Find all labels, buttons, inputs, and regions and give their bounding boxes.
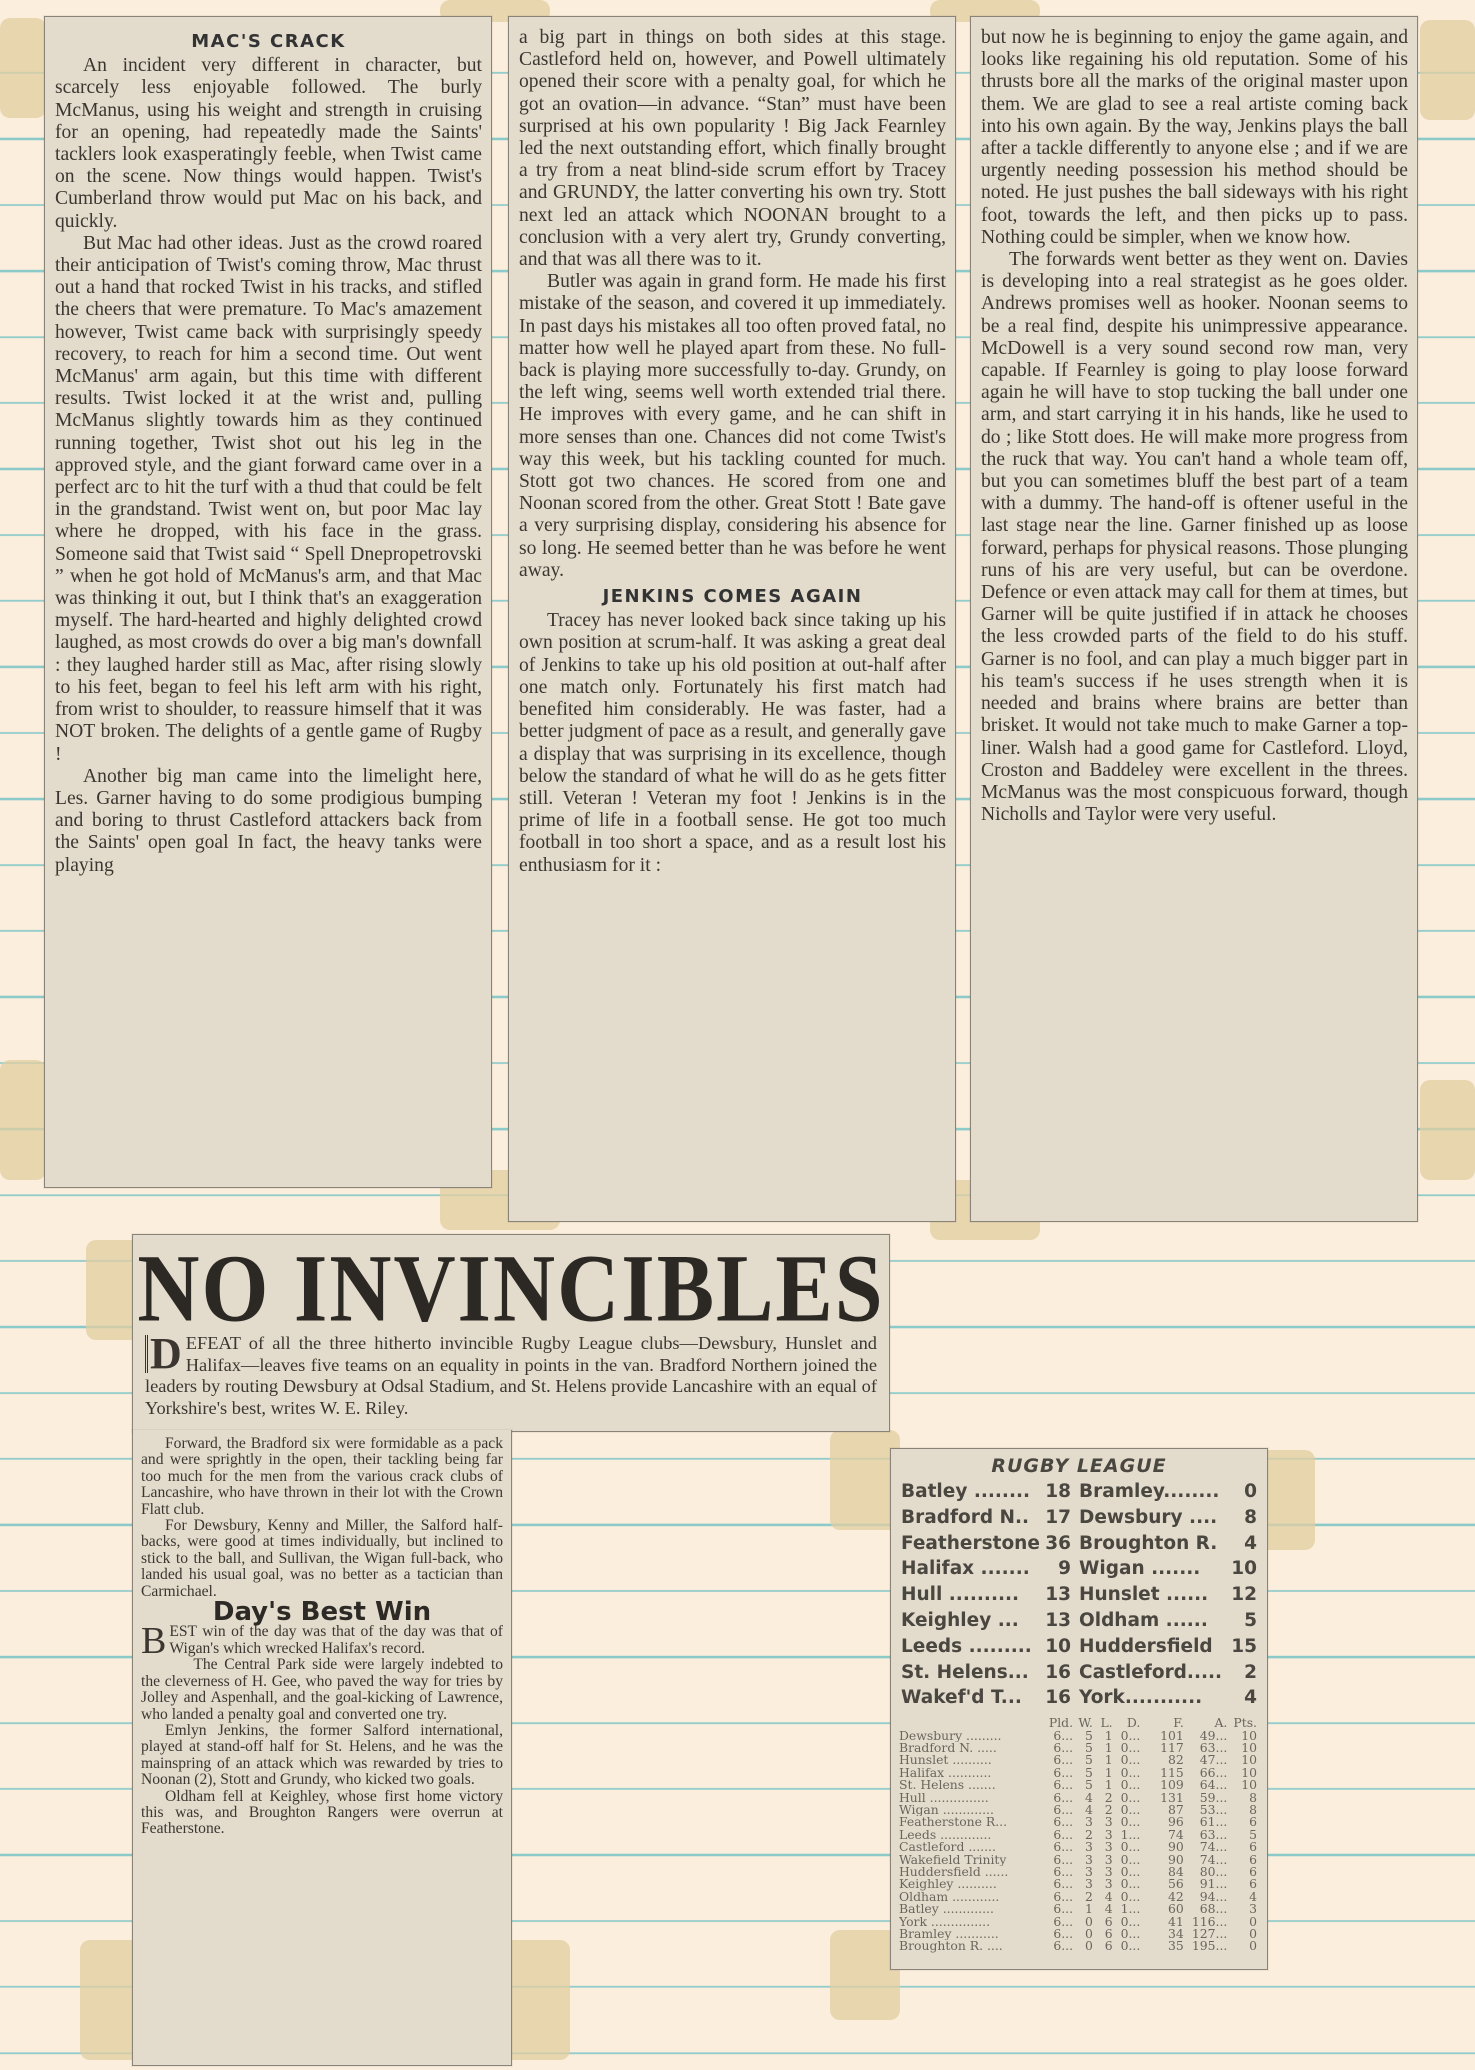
table-row: Broughton R. ....6...060...35195...0 xyxy=(899,1940,1257,1952)
away-side: Bramley........0 xyxy=(1079,1479,1257,1505)
table-cell: 0 xyxy=(1073,1940,1093,1952)
away-score: 10 xyxy=(1231,1556,1257,1582)
paragraph: The Central Park side were largely indeb… xyxy=(141,1657,503,1723)
away-team: Hunslet ...... xyxy=(1079,1582,1208,1608)
team-name: Castleford ....... xyxy=(899,1841,1045,1853)
home-team: St. Helens... xyxy=(901,1660,1029,1686)
column-heading: MAC'S CRACK xyxy=(55,31,482,53)
away-side: Oldham ......5 xyxy=(1079,1608,1257,1634)
intro-text: EFEAT of all the three hitherto invincib… xyxy=(145,1333,877,1418)
home-score: 9 xyxy=(1058,1556,1071,1582)
results-title: RUGBY LEAGUE xyxy=(901,1455,1257,1477)
team-name: Broughton R. .... xyxy=(899,1940,1045,1952)
away-team: Huddersfield xyxy=(1079,1634,1213,1660)
home-side: Halifax .......9 xyxy=(901,1556,1079,1582)
headline: NO INVINCIBLES xyxy=(133,1238,889,1339)
away-side: Wigan .......10 xyxy=(1079,1556,1257,1582)
team-name: York ............... xyxy=(899,1916,1045,1928)
article-column-3: but now he is beginning to enjoy the gam… xyxy=(970,16,1418,1222)
team-name: Hull ............... xyxy=(899,1792,1045,1804)
home-side: Leeds .........10 xyxy=(901,1634,1079,1660)
home-score: 17 xyxy=(1045,1505,1071,1531)
team-name: Featherstone R... xyxy=(899,1816,1045,1828)
away-team: Bramley........ xyxy=(1079,1479,1219,1505)
away-team: Broughton R. xyxy=(1079,1531,1217,1557)
team-name: St. Helens ....... xyxy=(899,1779,1045,1791)
paragraph: BEST win of the day was that of the day … xyxy=(141,1624,503,1657)
tape-strip xyxy=(0,18,46,118)
away-side: Dewsbury ....8 xyxy=(1079,1505,1257,1531)
away-side: Broughton R.4 xyxy=(1079,1531,1257,1557)
table-cell: 6... xyxy=(1045,1940,1073,1952)
result-row: Featherstone36Broughton R.4 xyxy=(901,1531,1257,1557)
home-side: St. Helens...16 xyxy=(901,1660,1079,1686)
home-team: Hull .......... xyxy=(901,1582,1019,1608)
league-table-body: Dewsbury .........6...510...10149...10Br… xyxy=(899,1730,1257,1953)
home-score: 13 xyxy=(1045,1582,1071,1608)
away-team: York........... xyxy=(1079,1685,1202,1711)
paragraph: Forward, the Bradford six were formidabl… xyxy=(141,1436,503,1518)
away-team: Oldham ...... xyxy=(1079,1608,1208,1634)
home-side: Wakef'd T...16 xyxy=(901,1685,1079,1711)
away-team: Castleford..... xyxy=(1079,1660,1222,1686)
team-name: Hunslet .......... xyxy=(899,1754,1045,1766)
team-name: Oldham ............ xyxy=(899,1891,1045,1903)
home-score: 36 xyxy=(1045,1531,1071,1557)
home-score: 13 xyxy=(1045,1608,1071,1634)
paragraph: a big part in things on both sides at th… xyxy=(519,27,946,271)
paragraph: Butler was again in grand form. He made … xyxy=(519,271,946,582)
drop-cap: B xyxy=(141,1624,166,1658)
rugby-league-results-clipping: RUGBY LEAGUE Batley ........18Bramley...… xyxy=(890,1448,1268,1970)
team-name: Halifax ........... xyxy=(899,1767,1045,1779)
result-row: Wakef'd T...16York...........4 xyxy=(901,1685,1257,1711)
home-side: Hull ..........13 xyxy=(901,1582,1079,1608)
home-team: Keighley ... xyxy=(901,1608,1019,1634)
home-score: 18 xyxy=(1045,1479,1071,1505)
team-name: Bradford N. ..... xyxy=(899,1742,1045,1754)
article-column-1: MAC'S CRACK An incident very different i… xyxy=(44,16,492,1188)
team-name: Keighley .......... xyxy=(899,1878,1045,1890)
paragraph: Tracey has never looked back since takin… xyxy=(519,610,946,876)
home-side: Keighley ...13 xyxy=(901,1608,1079,1634)
subheading: Day's Best Win xyxy=(141,1604,503,1620)
table-cell: 0... xyxy=(1113,1940,1141,1952)
away-side: Hunslet ......12 xyxy=(1079,1582,1257,1608)
table-cell: 195... xyxy=(1184,1940,1228,1952)
away-side: Huddersfield15 xyxy=(1079,1634,1257,1660)
home-team: Leeds ......... xyxy=(901,1634,1032,1660)
away-side: York...........4 xyxy=(1079,1685,1257,1711)
away-score: 12 xyxy=(1231,1582,1257,1608)
paragraph: The forwards went better as they went on… xyxy=(981,249,1408,826)
paragraph: but now he is beginning to enjoy the gam… xyxy=(981,27,1408,249)
team-name: Batley ............. xyxy=(899,1903,1045,1915)
away-side: Castleford.....2 xyxy=(1079,1660,1257,1686)
team-name: Wigan ............. xyxy=(899,1804,1045,1816)
article-column-2: a big part in things on both sides at th… xyxy=(508,16,956,1222)
result-row: St. Helens...16Castleford.....2 xyxy=(901,1660,1257,1686)
paragraph: For Dewsbury, Kenny and Miller, the Salf… xyxy=(141,1518,503,1600)
team-name: Bramley ........... xyxy=(899,1928,1045,1940)
result-row: Bradford N..17Dewsbury ....8 xyxy=(901,1505,1257,1531)
tape-strip xyxy=(0,1060,46,1180)
home-side: Bradford N..17 xyxy=(901,1505,1079,1531)
away-score: 0 xyxy=(1244,1479,1257,1505)
away-team: Wigan ....... xyxy=(1079,1556,1200,1582)
away-score: 2 xyxy=(1244,1660,1257,1686)
paragraph: Emlyn Jenkins, the former Salford intern… xyxy=(141,1723,503,1789)
home-team: Featherstone xyxy=(901,1531,1040,1557)
league-table: Pld.W.L.D.F.A.Pts. Dewsbury .........6..… xyxy=(891,1717,1267,1959)
home-score: 16 xyxy=(1045,1685,1071,1711)
team-name: Leeds ............. xyxy=(899,1829,1045,1841)
home-team: Wakef'd T... xyxy=(901,1685,1022,1711)
column-header xyxy=(899,1717,1045,1729)
home-team: Batley ........ xyxy=(901,1479,1030,1505)
paragraph: Oldham fell at Keighley, whose first hom… xyxy=(141,1789,503,1838)
article-body-column: Forward, the Bradford six were formidabl… xyxy=(132,1430,512,2066)
paragraph: An incident very different in character,… xyxy=(55,55,482,233)
paragraph: Another big man came into the limelight … xyxy=(55,766,482,877)
home-side: Batley ........18 xyxy=(901,1479,1079,1505)
away-score: 5 xyxy=(1244,1608,1257,1634)
paragraph-text: EST win of the day was that of the day w… xyxy=(169,1623,503,1656)
away-team: Dewsbury .... xyxy=(1079,1505,1217,1531)
paragraph: But Mac had other ideas. Just as the cro… xyxy=(55,233,482,766)
article-headline-block: NO INVINCIBLES DEFEAT of all the three h… xyxy=(132,1234,890,1432)
team-name: Dewsbury ......... xyxy=(899,1730,1045,1742)
table-cell: 35 xyxy=(1140,1940,1184,1952)
home-team: Bradford N.. xyxy=(901,1505,1029,1531)
result-row: Leeds .........10Huddersfield15 xyxy=(901,1634,1257,1660)
home-score: 16 xyxy=(1045,1660,1071,1686)
away-score: 15 xyxy=(1231,1634,1257,1660)
result-row: Hull ..........13Hunslet ......12 xyxy=(901,1582,1257,1608)
result-row: Keighley ...13Oldham ......5 xyxy=(901,1608,1257,1634)
home-side: Featherstone36 xyxy=(901,1531,1079,1557)
table-cell: 6 xyxy=(1093,1940,1113,1952)
results-list: Batley ........18Bramley........0Bradfor… xyxy=(901,1479,1257,1711)
result-row: Batley ........18Bramley........0 xyxy=(901,1479,1257,1505)
tape-strip xyxy=(1420,1080,1475,1180)
home-score: 10 xyxy=(1045,1634,1071,1660)
results-block: RUGBY LEAGUE Batley ........18Bramley...… xyxy=(891,1449,1267,1717)
intro-paragraph: DEFEAT of all the three hitherto invinci… xyxy=(133,1333,889,1425)
table-cell: 0 xyxy=(1227,1940,1257,1952)
away-score: 8 xyxy=(1244,1505,1257,1531)
team-name: Wakefield Trinity xyxy=(899,1854,1045,1866)
tape-strip xyxy=(1420,20,1475,120)
home-team: Halifax ....... xyxy=(901,1556,1030,1582)
subheading: JENKINS COMES AGAIN xyxy=(519,586,946,608)
team-name: Huddersfield ...... xyxy=(899,1866,1045,1878)
away-score: 4 xyxy=(1244,1531,1257,1557)
away-score: 4 xyxy=(1244,1685,1257,1711)
result-row: Halifax .......9Wigan .......10 xyxy=(901,1556,1257,1582)
